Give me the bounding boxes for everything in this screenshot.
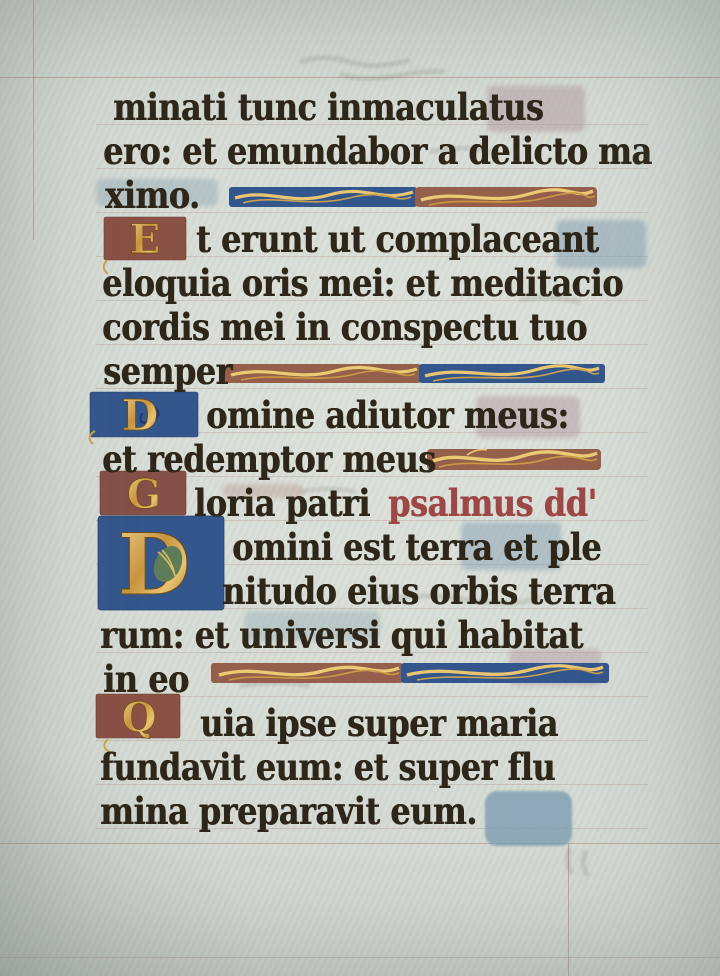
text-line: et redemptor meus bbox=[102, 442, 436, 480]
line-filler bbox=[229, 184, 601, 210]
text-line: omini est terra et ple bbox=[232, 530, 601, 568]
text-line: in eo bbox=[103, 662, 189, 700]
illuminated-initial-D-large: D bbox=[96, 514, 226, 614]
ruling-line-bottom bbox=[0, 843, 720, 844]
ruling-line-top bbox=[0, 77, 720, 78]
line-filler bbox=[211, 659, 609, 687]
line-filler bbox=[225, 360, 605, 387]
initial-letter: E bbox=[130, 216, 161, 263]
text-line: mina preparavit eum. bbox=[100, 794, 477, 832]
text-line: omine adiutor meus: bbox=[206, 398, 569, 436]
rubric: psalmus dd' bbox=[388, 486, 597, 524]
offset-smudge-blue-strong bbox=[485, 791, 572, 846]
text-line: minati tunc inmaculatus bbox=[113, 90, 543, 128]
ruling-line-right-lower bbox=[568, 843, 569, 976]
text-line: semper bbox=[103, 354, 232, 392]
text-line: loria patri bbox=[194, 486, 370, 524]
ruling-line-left bbox=[33, 0, 34, 240]
ruling-line-lower bbox=[0, 957, 720, 958]
text-line: fundavit eum: et super flu bbox=[100, 750, 555, 788]
text-line: nitudo eius orbis terra bbox=[222, 574, 615, 612]
text-line: ximo. bbox=[105, 178, 200, 216]
initial-letter: D bbox=[122, 391, 158, 440]
text-line: eloquia oris mei: et meditacio bbox=[102, 266, 623, 304]
text-line: cordis mei in conspectu tuo bbox=[102, 310, 587, 348]
line-filler bbox=[427, 445, 603, 474]
text-line: t erunt ut complaceant bbox=[196, 222, 598, 260]
manuscript-page: E D G D Q minati tunc inmaculatus ero: e… bbox=[0, 0, 720, 976]
text-line: rum: et universi qui habitat bbox=[100, 618, 583, 656]
text-line: uia ipse super maria bbox=[200, 706, 558, 744]
text-line: ero: et emundabor a delicto ma bbox=[103, 134, 652, 172]
